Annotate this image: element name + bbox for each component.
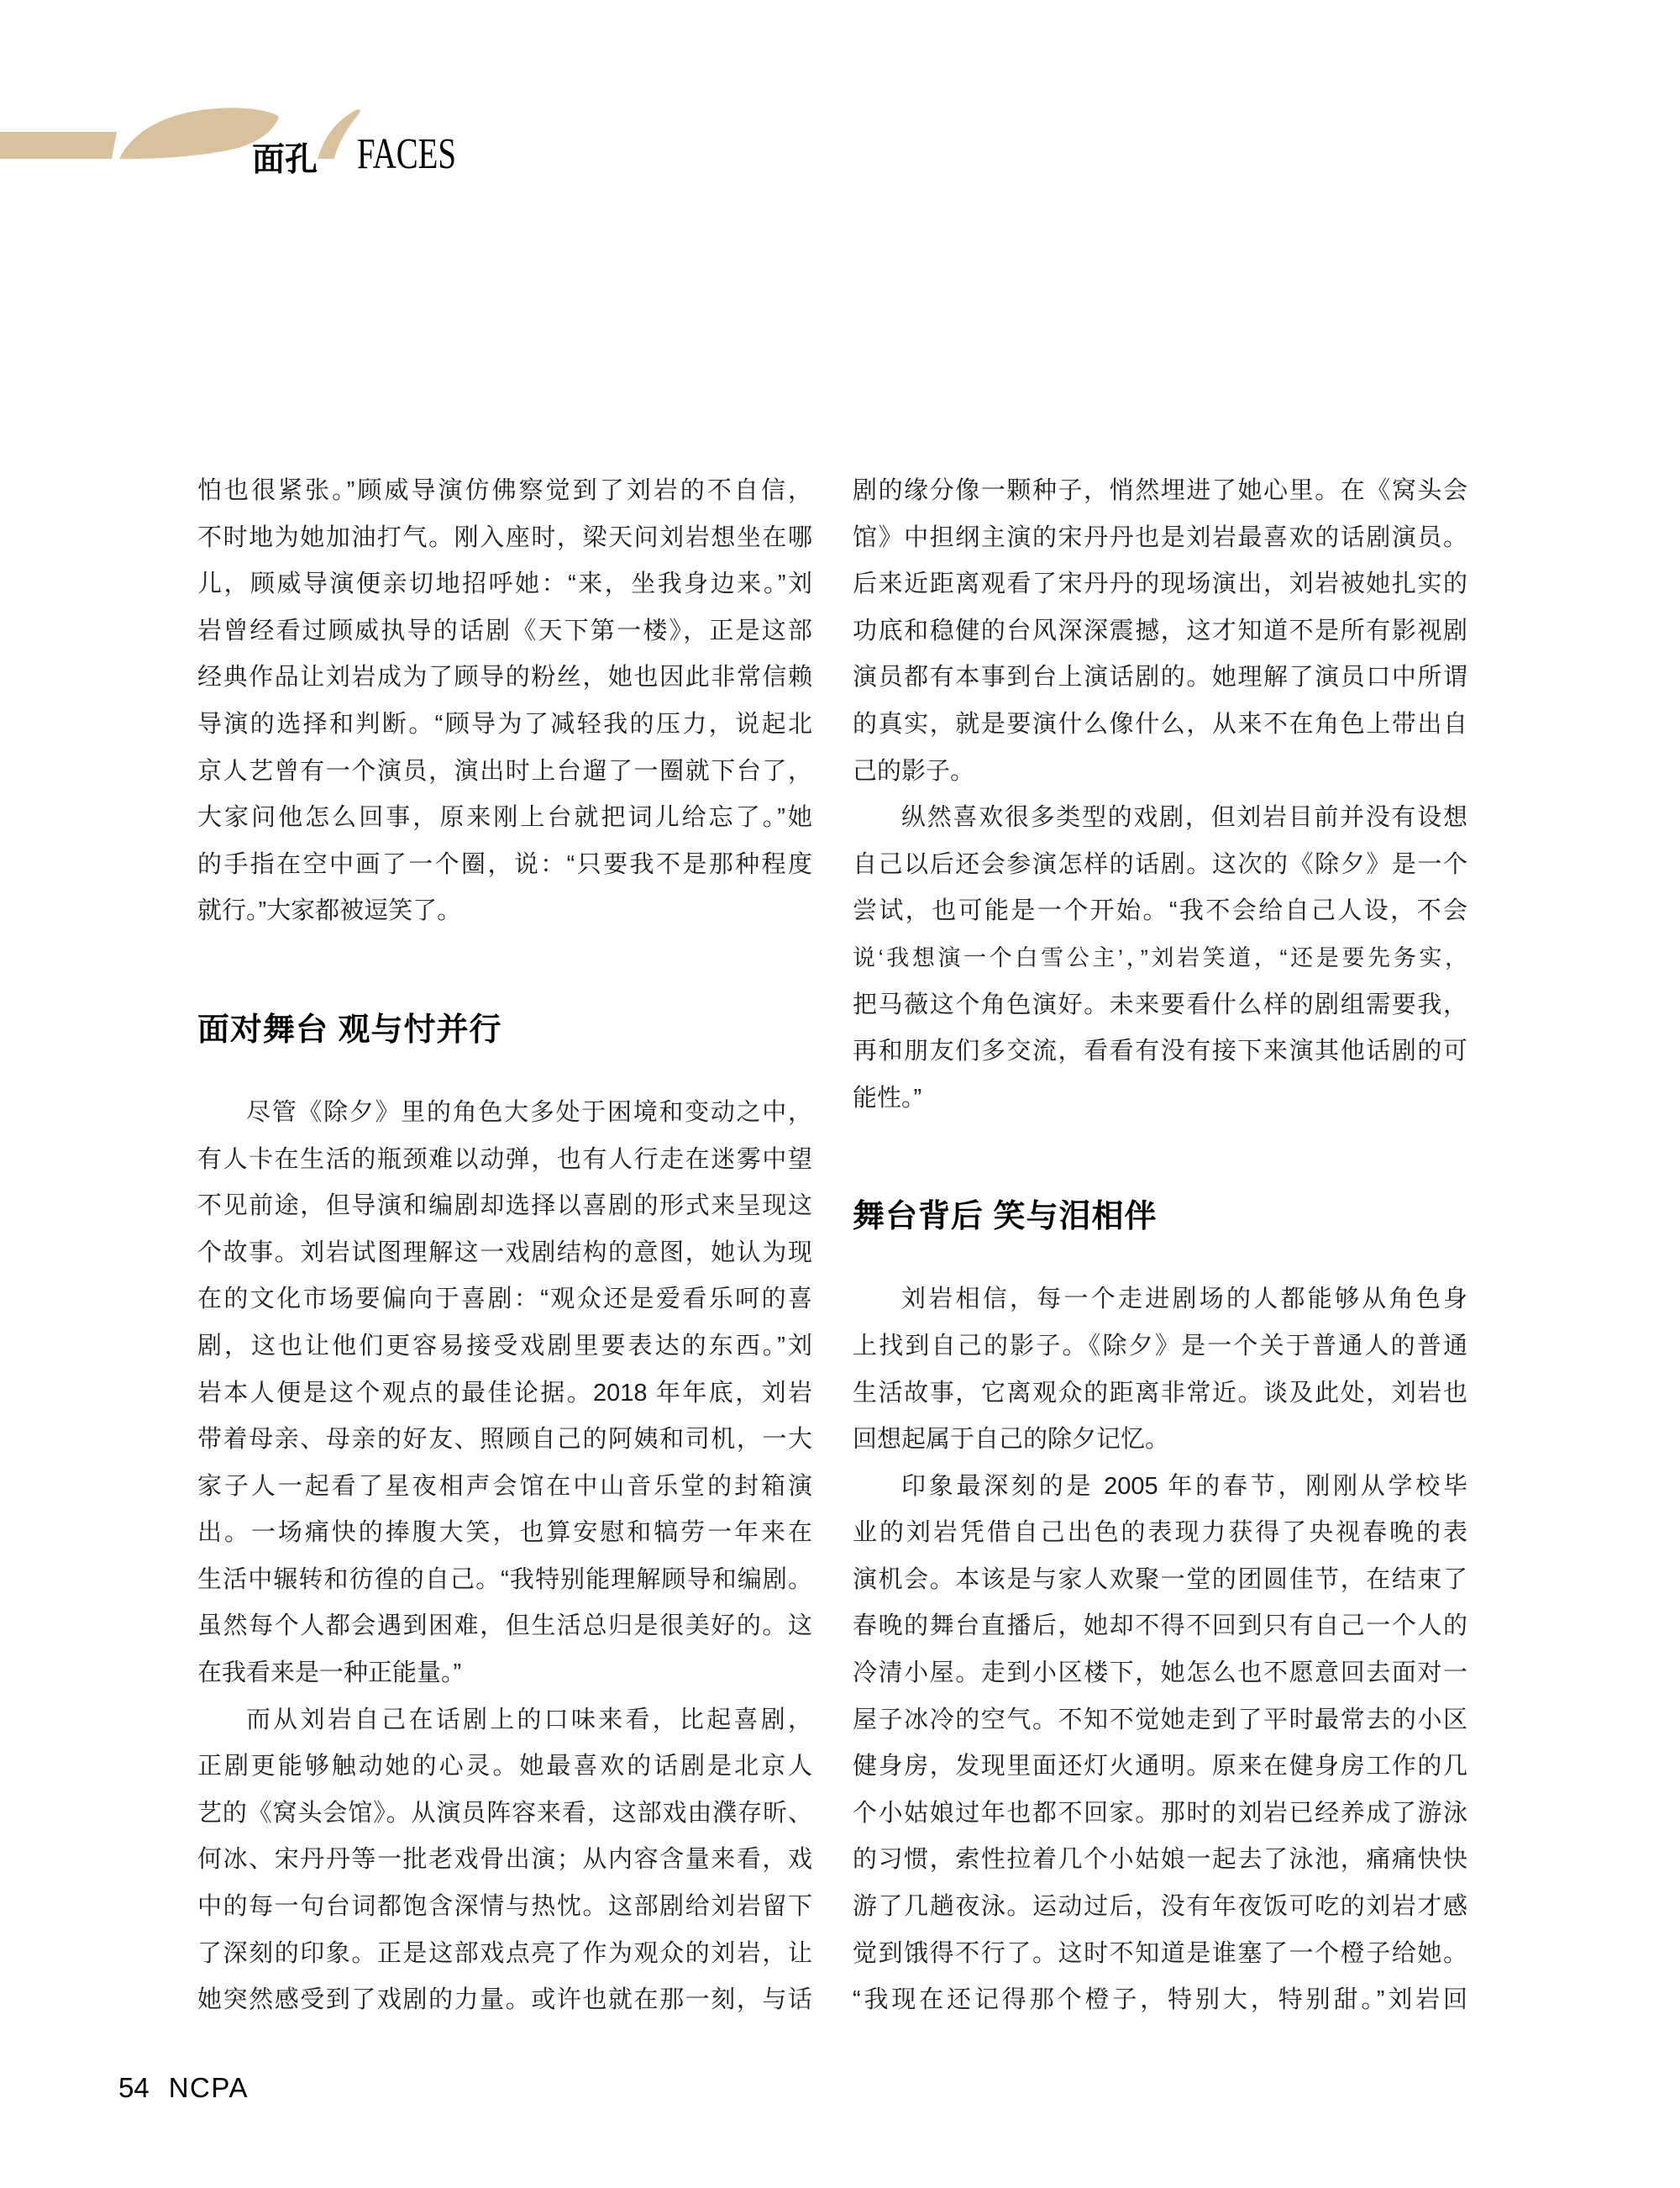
- text-line: 演机会。本该是与家人欢聚一堂的团圆佳节，在结束了: [853, 1557, 1467, 1604]
- text-line: 功底和稳健的台风深深震撼，这才知道不是所有影视剧: [853, 608, 1467, 655]
- text-line: 不见前途，但导演和编剧却选择以喜剧的形式来呈现这: [197, 1183, 812, 1230]
- text-line: 后来近距离观看了宋丹丹的现场演出，刘岩被她扎实的: [853, 561, 1467, 608]
- text-line: 她突然感受到了戏剧的力量。或许也就在那一刻，与话: [197, 1977, 812, 2024]
- text-line: 的真实，就是要演什么像什么，从来不在角色上带出自: [853, 702, 1467, 749]
- faces-section-logo: 面孔 FACES: [0, 101, 588, 193]
- text-line: 能性。”: [853, 1076, 1467, 1123]
- text-line: 演员都有本事到台上演话剧的。她理解了演员口中所谓: [853, 655, 1467, 702]
- text-line: 大家问他怎么回事，原来刚上台就把词儿给忘了。”她: [197, 795, 812, 842]
- header-swoosh-shape: [318, 109, 360, 159]
- section-heading-backstage: 舞台背后 笑与泪相伴: [853, 1122, 1467, 1276]
- text-line: 个故事。刘岩试图理解这一戏剧结构的意图，她认为现: [197, 1230, 812, 1277]
- text-line: 尝试，也可能是一个开始。“我不会给自己人设，不会: [853, 888, 1467, 935]
- text-line: 尽管《除夕》里的角色大多处于困境和变动之中，: [197, 1090, 812, 1137]
- text-line: 回想起属于自己的除夕记忆。: [853, 1417, 1467, 1464]
- text-line: 就行。”大家都被逗笑了。: [197, 888, 812, 935]
- text-line: 剧的缘分像一颗种子，悄然埋进了她心里。在《窝头会: [853, 468, 1467, 515]
- text-line: 虽然每个人都会遇到困难，但生活总归是很美好的。这: [197, 1603, 812, 1650]
- text-line: 有人卡在生活的瓶颈难以动弹，也有人行走在迷雾中望: [197, 1137, 812, 1184]
- text-line: 中的每一句台词都饱含深情与热忱。这部剧给刘岩留下: [197, 1884, 812, 1931]
- right-column: 剧的缘分像一颗种子，悄然埋进了她心里。在《窝头会 馆》中担纲主演的宋丹丹也是刘岩…: [853, 468, 1467, 2024]
- text-line: 经典作品让刘岩成为了顾导的粉丝，她也因此非常信赖: [197, 655, 812, 702]
- text-line: 岩本人便是这个观点的最佳论据。2018 年年底，刘岩: [197, 1370, 812, 1417]
- article-body: 怕也很紧张。”顾威导演仿佛察觉到了刘岩的不自信， 不时地为她加油打气。刚入座时，…: [197, 468, 1467, 2024]
- text-line: 馆》中担纲主演的宋丹丹也是刘岩最喜欢的话剧演员。: [853, 515, 1467, 562]
- text-line: 生活中辗转和彷徨的自己。“我特别能理解顾导和编剧。: [197, 1557, 812, 1604]
- text-line: 在我看来是一种正能量。”: [197, 1650, 812, 1697]
- text-line: 儿，顾威导演便亲切地招呼她：“来，坐我身边来。”刘: [197, 561, 812, 608]
- left-column: 怕也很紧张。”顾威导演仿佛察觉到了刘岩的不自信， 不时地为她加油打气。刚入座时，…: [197, 468, 812, 2024]
- journal-name: NCPA: [169, 2074, 249, 2101]
- text-line: 岩曾经看过顾威执导的话剧《天下第一楼》，正是这部: [197, 608, 812, 655]
- text-line: “我现在还记得那个橙子，特别大，特别甜。”刘岩回: [853, 1977, 1467, 2024]
- text-line: 业的刘岩凭借自己出色的表现力获得了央视春晚的表: [853, 1510, 1467, 1557]
- magazine-page: 面孔 FACES 怕也很紧张。”顾威导演仿佛察觉到了刘岩的不自信， 不时地为她加…: [0, 0, 1680, 2188]
- text-line: 导演的选择和判断。“顾导为了减轻我的压力，说起北: [197, 702, 812, 749]
- page-number: 54: [118, 2074, 150, 2101]
- text-line: 生活故事，它离观众的距离非常近。谈及此处，刘岩也: [853, 1370, 1467, 1417]
- text-line: 出。一场痛快的捧腹大笑，也算安慰和犒劳一年来在: [197, 1510, 812, 1557]
- text-line: 觉到饿得不行了。这时不知道是谁塞了一个橙子给她。: [853, 1931, 1467, 1978]
- text-line: 在的文化市场要偏向于喜剧：“观众还是爱看乐呵的喜: [197, 1276, 812, 1323]
- page-footer: 54 NCPA: [118, 2074, 249, 2101]
- text-line: 不时地为她加油打气。刚入座时，梁天问刘岩想坐在哪: [197, 515, 812, 562]
- text-line: 怕也很紧张。”顾威导演仿佛察觉到了刘岩的不自信，: [197, 468, 812, 515]
- text-line: 再和朋友们多交流，看看有没有接下来演其他话剧的可: [853, 1028, 1467, 1076]
- section-heading-stage: 面对舞台 观与忖并行: [197, 935, 812, 1090]
- text-line: 的习惯，索性拉着几个小姑娘一起去了泳池，痛痛快快: [853, 1837, 1467, 1884]
- text-line: 游了几趟夜泳。运动过后，没有年夜饭可吃的刘岩才感: [853, 1884, 1467, 1931]
- text-line: 何冰、宋丹丹等一批老戏骨出演；从内容含量来看，戏: [197, 1837, 812, 1884]
- section-title-cn: 面孔: [252, 142, 318, 178]
- text-line: 健身房，发现里面还灯火通明。原来在健身房工作的几: [853, 1744, 1467, 1791]
- text-line: 纵然喜欢很多类型的戏剧，但刘岩目前并没有设想: [853, 795, 1467, 842]
- text-line: 正剧更能够触动她的心灵。她最喜欢的话剧是北京人: [197, 1744, 812, 1791]
- text-line: 春晚的舞台直播后，她却不得不回到只有自己一个人的: [853, 1603, 1467, 1650]
- section-title-en: FACES: [357, 130, 456, 178]
- header-bar-shape: [0, 132, 117, 159]
- text-line: 说‘我想演一个白雪公主’，”刘岩笑道，“还是要先务实，: [853, 935, 1467, 982]
- text-line: 家子人一起看了星夜相声会馆在中山音乐堂的封箱演: [197, 1464, 812, 1511]
- text-line: 带着母亲、母亲的好友、照顾自己的阿姨和司机，一大: [197, 1417, 812, 1464]
- text-line: 印象最深刻的是 2005 年的春节，刚刚从学校毕: [853, 1464, 1467, 1511]
- text-line: 己的影子。: [853, 749, 1467, 796]
- text-line: 个小姑娘过年也都不回家。那时的刘岩已经养成了游泳: [853, 1791, 1467, 1838]
- text-line: 剧，这也让他们更容易接受戏剧里要表达的东西。”刘: [197, 1323, 812, 1370]
- text-line: 刘岩相信，每一个走进剧场的人都能够从角色身: [853, 1276, 1467, 1323]
- text-line: 了深刻的印象。正是这部戏点亮了作为观众的刘岩，让: [197, 1931, 812, 1978]
- text-line: 上找到自己的影子。《除夕》是一个关于普通人的普通: [853, 1323, 1467, 1370]
- text-line: 把马薇这个角色演好。未来要看什么样的剧组需要我，: [853, 982, 1467, 1029]
- text-line: 艺的《窝头会馆》。从演员阵容来看，这部戏由濮存昕、: [197, 1791, 812, 1838]
- text-line: 屋子冰冷的空气。不知不觉她走到了平时最常去的小区: [853, 1697, 1467, 1744]
- text-line: 冷清小屋。走到小区楼下，她怎么也不愿意回去面对一: [853, 1650, 1467, 1697]
- text-line: 京人艺曾有一个演员，演出时上台遛了一圈就下台了，: [197, 749, 812, 796]
- text-line: 自己以后还会参演怎样的话剧。这次的《除夕》是一个: [853, 842, 1467, 889]
- text-line: 的手指在空中画了一个圈，说：“只要我不是那种程度: [197, 842, 812, 889]
- text-line: 而从刘岩自己在话剧上的口味来看，比起喜剧，: [197, 1697, 812, 1744]
